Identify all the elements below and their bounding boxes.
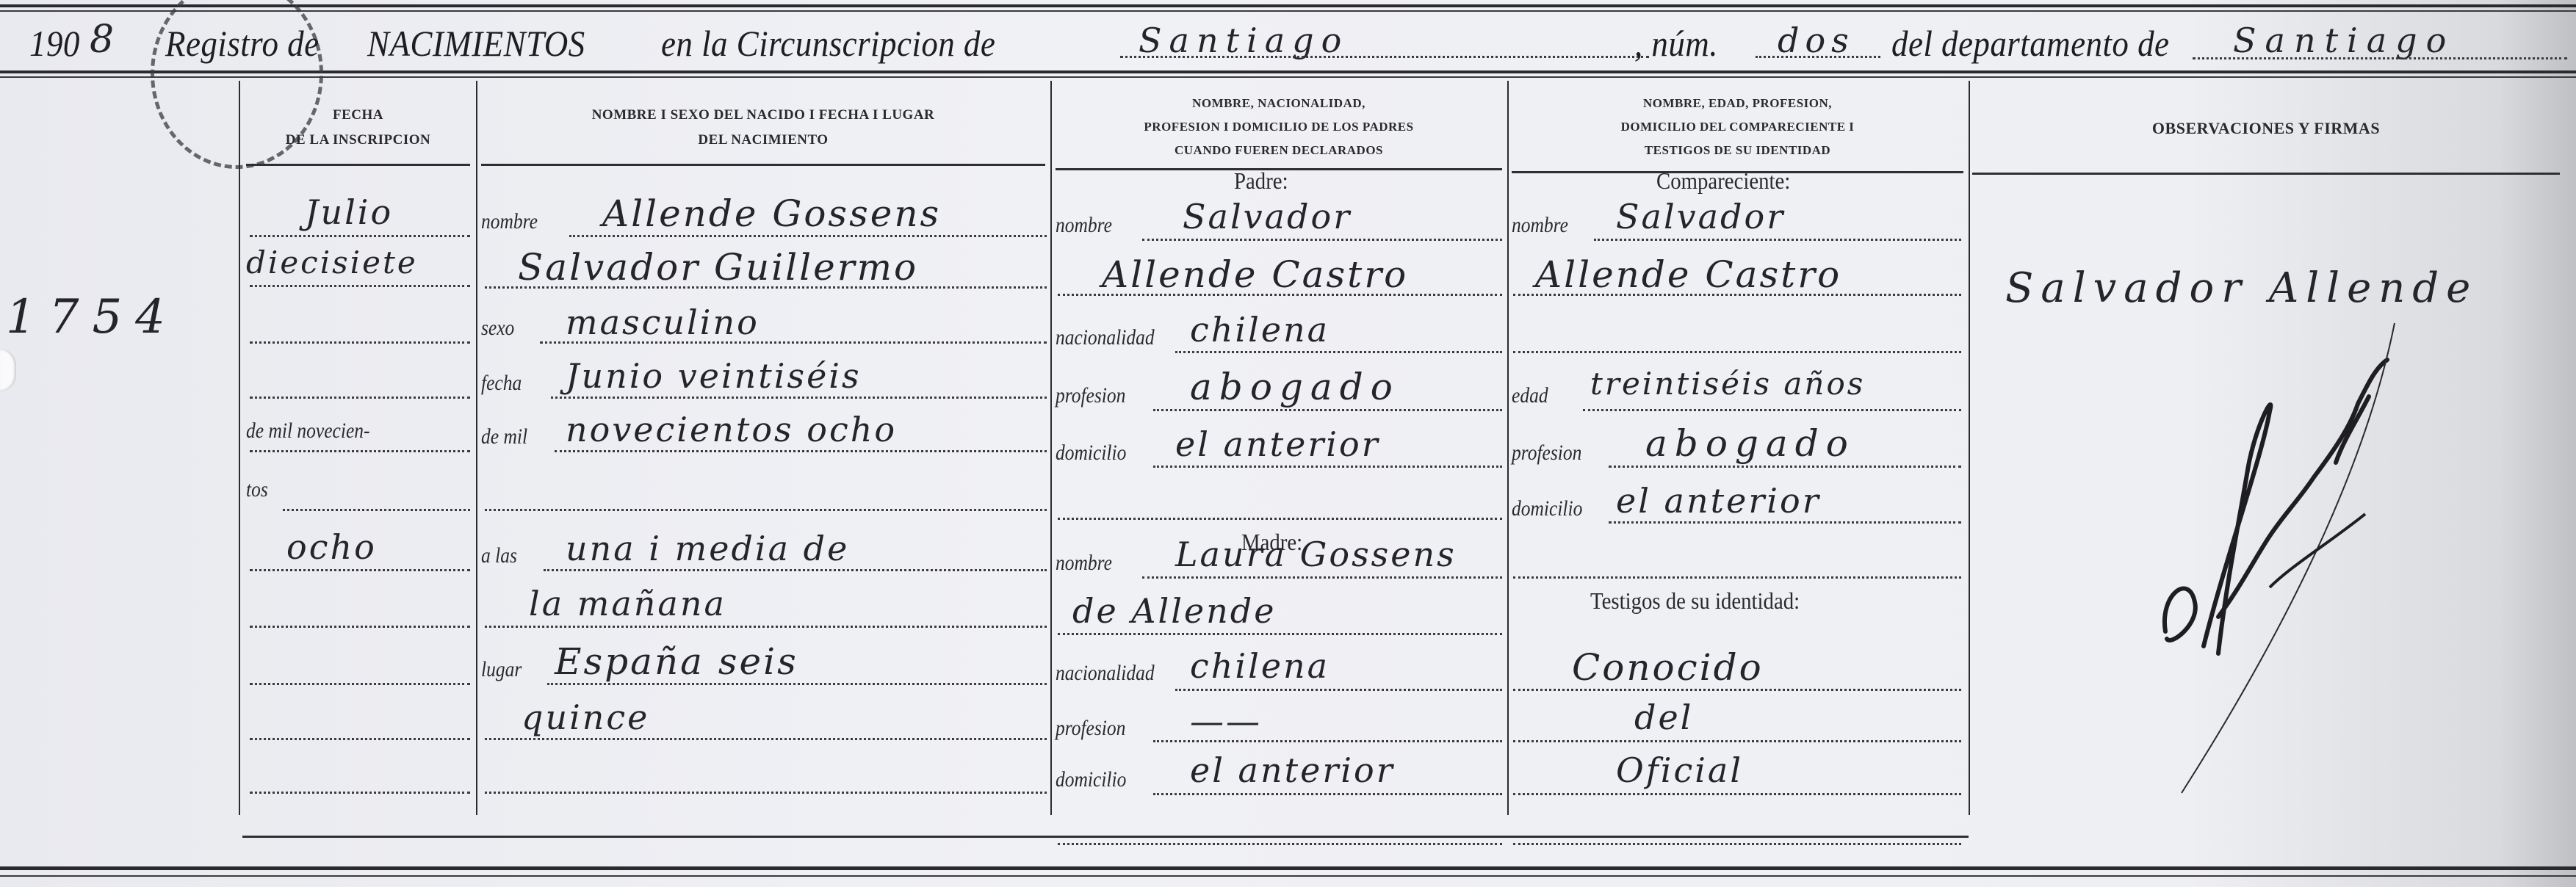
testigos-heading: Testigos de su identidad:: [1590, 587, 1800, 615]
nacido-lugar-label: lugar: [481, 657, 522, 682]
comp-domicilio-label: domicilio: [1512, 496, 1582, 521]
col-divider-5: [1969, 81, 1970, 815]
comp-edad-label: edad: [1512, 383, 1548, 408]
padre-nombre-label: nombre: [1056, 213, 1112, 238]
comp-line-3: [1513, 351, 1961, 353]
padre-domicilio-label: domicilio: [1056, 441, 1126, 466]
bottom-border-rule: [0, 866, 2576, 870]
padre-nombre-line2: Allende Castro: [1102, 253, 1408, 296]
nacido-hora-label: a las: [481, 543, 517, 568]
padre-nacionalidad: chilena: [1190, 310, 1330, 350]
colhead-rule-fecha: [246, 164, 470, 166]
fecha-line-8: [250, 626, 470, 628]
nacido-line-5: [555, 450, 1047, 452]
colhead-observaciones-line1: OBSERVACIONES Y FIRMAS: [1972, 116, 2560, 141]
nacido-fecha-label: fecha: [481, 371, 522, 396]
madre-nombre-line2: de Allende: [1072, 591, 1276, 631]
comp-profesion-label: profesion: [1512, 441, 1581, 466]
fecha-line-6: [283, 509, 470, 511]
year-handwritten: 8: [90, 18, 116, 62]
year-printed: 190: [29, 22, 80, 65]
colhead-compareciente-line1: NOMBRE, EDAD, PROFESION,: [1512, 92, 1963, 115]
signature-oficial: [2115, 279, 2483, 808]
title-main: NACIMIENTOS: [367, 22, 585, 65]
header-bottom-rule: [0, 70, 2576, 73]
nacido-nombre-label: nombre: [481, 209, 538, 234]
testigos-line3: Oficial: [1616, 750, 1743, 790]
nacido-line-1: [569, 235, 1047, 237]
comp-line-4: [1583, 409, 1961, 411]
comp-line-9: [1513, 740, 1961, 742]
fecha-line-2: [250, 285, 470, 287]
padre-heading: Padre:: [1234, 167, 1288, 195]
nacido-line-8: [485, 626, 1047, 628]
colhead-padres-line2: PROFESION I DOMICILIO DE LOS PADRES: [1056, 115, 1502, 139]
padre-profesion: abogado: [1190, 366, 1400, 408]
comp-nombre-line1: Salvador: [1616, 197, 1785, 236]
circunscripcion-value: Santiago: [1139, 21, 1349, 60]
padres-line-1: [1142, 239, 1502, 241]
colhead-padres-line1: NOMBRE, NACIONALIDAD,: [1056, 92, 1502, 115]
nacido-sexo-label: sexo: [481, 316, 514, 341]
nacido-line-9: [547, 683, 1047, 685]
padres-line-7: [1142, 576, 1502, 579]
padres-line-6: [1058, 518, 1502, 520]
departamento-line: [2193, 57, 2567, 59]
padres-line-11: [1153, 793, 1502, 795]
colhead-padres: NOMBRE, NACIONALIDAD, PROFESION I DOMICI…: [1056, 92, 1502, 162]
header-bottom-rule-thin: [0, 76, 2576, 78]
nacido-lugar-line1: España seis: [555, 640, 798, 683]
top-border-rule: [0, 4, 2576, 7]
nacido-line-10: [485, 738, 1047, 740]
colhead-nacido-line1: NOMBRE I SEXO DEL NACIDO I FECHA I LUGAR: [481, 103, 1045, 128]
padre-nombre-line1: Salvador: [1183, 197, 1352, 236]
nacido-line-6: [485, 509, 1047, 511]
padres-line-5: [1153, 466, 1502, 468]
madre-domicilio-label: domicilio: [1056, 767, 1126, 792]
circunscripcion-line: [1120, 56, 1649, 58]
fecha-printed-tos: tos: [246, 477, 268, 502]
fecha-month: Julio: [305, 192, 393, 232]
nacido-anio: novecientos ocho: [566, 410, 897, 449]
nacido-demil-label: de mil: [481, 424, 527, 449]
madre-profesion: ——: [1190, 701, 1262, 741]
nacido-hora-line2: la mañana: [529, 584, 726, 623]
num-label: , núm.: [1634, 22, 1718, 65]
colhead-compareciente-line3: TESTIGOS DE SU IDENTIDAD: [1512, 139, 1963, 162]
padre-nacionalidad-label: nacionalidad: [1056, 325, 1155, 350]
nacido-line-7: [544, 569, 1047, 571]
padre-profesion-label: profesion: [1056, 383, 1125, 408]
comp-line-11: [1513, 843, 1961, 845]
nacido-fecha: Junio veintiséis: [566, 356, 862, 396]
fecha-line-1: [250, 235, 470, 237]
padres-line-3: [1175, 351, 1502, 353]
madre-nombre-label: nombre: [1056, 551, 1112, 576]
colhead-observaciones: OBSERVACIONES Y FIRMAS: [1972, 116, 2560, 141]
colhead-compareciente-line2: DOMICILIO DEL COMPARECIENTE I: [1512, 115, 1963, 139]
comp-line-7: [1513, 576, 1961, 579]
fecha-line-11: [250, 792, 470, 794]
nacido-line-4: [551, 397, 1047, 399]
testigos-line2: del: [1634, 698, 1693, 737]
colhead-nacido-line2: DEL NACIMIENTO: [481, 128, 1045, 153]
madre-nombre-line1: Laura Gossens: [1175, 535, 1457, 574]
fecha-line-7: [250, 569, 470, 571]
comp-line-8: [1513, 689, 1961, 691]
padres-line-8: [1058, 633, 1502, 635]
colhead-compareciente: NOMBRE, EDAD, PROFESION, DOMICILIO DEL C…: [1512, 92, 1963, 162]
title-mid: en la Circunscripcion de: [661, 22, 995, 65]
fecha-year-word: ocho: [286, 527, 377, 567]
fecha-day: diecisiete: [246, 245, 418, 280]
madre-nacionalidad-label: nacionalidad: [1056, 661, 1155, 686]
padres-line-4: [1153, 409, 1502, 411]
compareciente-heading: Compareciente:: [1656, 167, 1790, 195]
testigos-line1: Conocido: [1572, 646, 1764, 689]
col-divider-1: [239, 81, 240, 815]
num-line: [1756, 56, 1880, 58]
colhead-rule-observaciones: [1972, 173, 2560, 175]
comp-line-1: [1594, 239, 1961, 241]
fecha-line-4: [250, 397, 470, 399]
colhead-rule-nacido: [481, 164, 1045, 166]
col-divider-3: [1050, 81, 1052, 815]
col-divider-4: [1507, 81, 1509, 815]
punch-hole: [0, 349, 16, 391]
colhead-fecha-line1: FECHA: [246, 103, 470, 128]
departamento-label: del departamento de: [1891, 22, 2169, 65]
register-page: 190 8 Registro de NACIMIENTOS en la Circ…: [0, 0, 2576, 887]
padres-line-9: [1175, 689, 1502, 691]
comp-domicilio: el anterior: [1616, 481, 1821, 521]
num-value: dos: [1778, 21, 1855, 60]
nacido-line-11: [485, 792, 1047, 794]
nacido-lugar-line2: quince: [522, 698, 649, 737]
madre-nacionalidad: chilena: [1190, 646, 1330, 686]
fecha-line-10: [250, 738, 470, 740]
bottom-inner-rule: [242, 836, 1969, 838]
comp-line-6: [1609, 521, 1961, 524]
comp-line-5: [1609, 466, 1961, 468]
nacido-nombre-line1: Allende Gossens: [602, 192, 941, 235]
fecha-line-3: [250, 341, 470, 344]
title-prefix: Registro de: [165, 22, 320, 65]
madre-domicilio: el anterior: [1190, 750, 1395, 790]
colhead-fecha: FECHA DE LA INSCRIPCION: [246, 103, 470, 153]
comp-profesion: abogado: [1645, 422, 1855, 465]
fecha-line-9: [250, 683, 470, 685]
bottom-border-rule-thin: [0, 875, 2576, 877]
fecha-printed-de-mil: de mil novecien-: [246, 419, 370, 443]
top-border-rule-thin: [0, 10, 2576, 12]
fecha-line-5: [250, 450, 470, 452]
comp-line-10: [1513, 793, 1961, 795]
comp-nombre-label: nombre: [1512, 213, 1568, 238]
padre-domicilio: el anterior: [1175, 424, 1380, 464]
nacido-sexo: masculino: [566, 303, 760, 342]
entry-number: 1754: [6, 290, 178, 344]
colhead-fecha-line2: DE LA INSCRIPCION: [246, 128, 470, 153]
colhead-nacido: NOMBRE I SEXO DEL NACIDO I FECHA I LUGAR…: [481, 103, 1045, 153]
colhead-padres-line3: CUANDO FUEREN DECLARADOS: [1056, 139, 1502, 162]
nacido-hora-line1: una i media de: [566, 529, 849, 568]
comp-nombre-line2: Allende Castro: [1535, 253, 1841, 296]
madre-profesion-label: profesion: [1056, 716, 1125, 741]
padres-line-12: [1058, 843, 1502, 845]
nacido-nombre-line2: Salvador Guillermo: [518, 246, 918, 289]
comp-edad: treintiséis años: [1590, 366, 1865, 402]
col-divider-2: [476, 81, 477, 815]
departamento-value: Santiago: [2233, 21, 2455, 60]
